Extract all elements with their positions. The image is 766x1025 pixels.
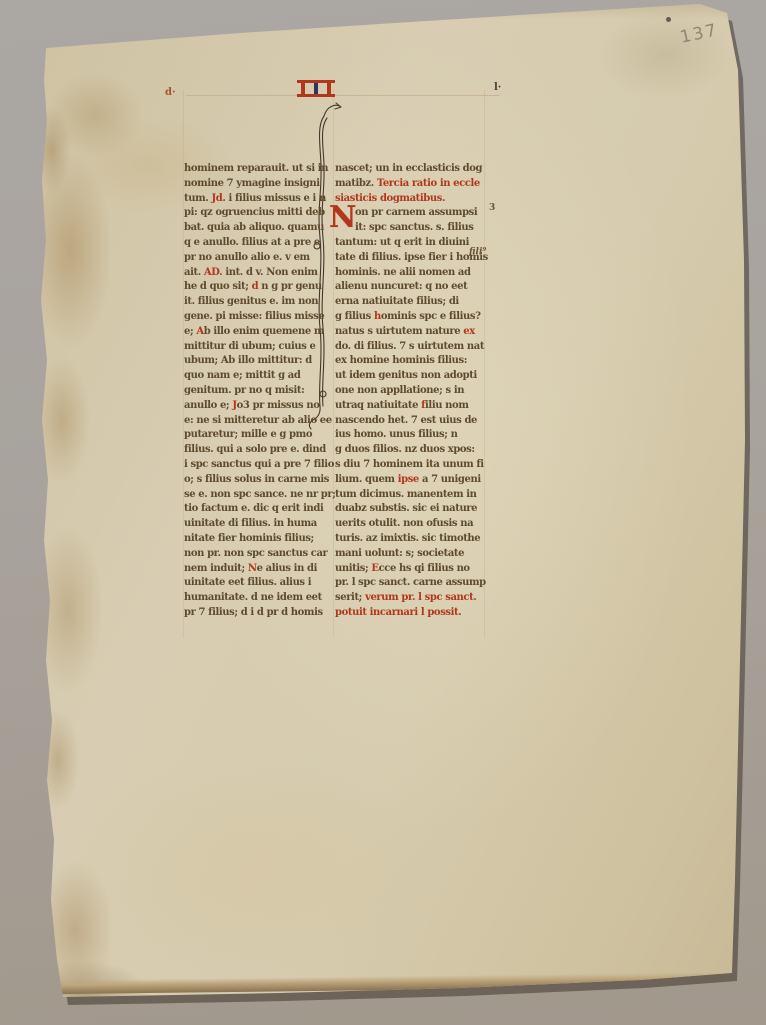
text-line: tum. Jd. i filius missus e i n	[184, 192, 334, 207]
wormhole-speck	[666, 17, 671, 22]
text-line: hominis. ne alii nomen ad	[335, 266, 485, 281]
text-line: genitum. pr no q misit:	[184, 384, 334, 399]
text-line: serit; verum pr. l spc sanct.	[335, 591, 485, 606]
text-line: one non appllatione; s in	[335, 384, 485, 399]
text-line: pr. l spc sanct. carne assump	[335, 576, 485, 591]
text-line: nascendo het. 7 est uius de	[335, 414, 485, 429]
numeral-stroke-blue	[314, 83, 318, 94]
text-line: ius homo. unus filius; n	[335, 428, 485, 443]
text-line: tum dicimus. manentem in	[335, 488, 485, 503]
text-line: nomine 7 ymagine insigni	[184, 177, 334, 192]
text-line: se e. non spc sance. ne nr pr;	[184, 488, 334, 503]
text-line: hominem reparauit. ut si in	[184, 162, 334, 177]
text-line: gene. pi misse: filius misse	[184, 310, 334, 325]
text-line: lium. quem ipse a 7 unigeni	[335, 473, 485, 488]
text-line: e; Ab illo enim quemene m	[184, 325, 334, 340]
text-line: pr 7 filius; d i d pr d homis	[184, 606, 334, 621]
text-line: utraq natiuitate filiu nom	[335, 399, 485, 414]
text-line: g filius hominis spc e filius?	[335, 310, 485, 325]
text-line: humanitate. d ne idem eet	[184, 591, 334, 606]
text-line: mani uolunt: s; societate	[335, 547, 485, 562]
text-line: o; s filius solus in carne mis	[184, 473, 334, 488]
text-line: tate di filius. ipse fier i homis	[335, 251, 485, 266]
text-line: natus s uirtutem nature ex	[335, 325, 485, 340]
text-line: nitate fier hominis filius;	[184, 532, 334, 547]
text-line: putaretur; mille e g pmo	[184, 428, 334, 443]
text-column-left: hominem reparauit. ut si innomine 7 ymag…	[184, 162, 334, 621]
text-line: potuit incarnari l possit.	[335, 606, 485, 621]
text-line: siasticis dogmatibus.	[335, 192, 485, 207]
text-line: he d quo sit; d n g pr genu	[184, 280, 334, 295]
manuscript-leaf: 137 d· l· N hominem reparauit. ut si inn…	[0, 0, 766, 1025]
text-line: ex homine hominis filius:	[335, 354, 485, 369]
text-line: uinitate eet filius. alius i	[184, 576, 334, 591]
text-column-right: nascet; un in ecclasticis dogmatibz. Ter…	[335, 162, 485, 621]
text-line: alienu nuncuret: q no eet	[335, 280, 485, 295]
text-line: tantum: ut q erit in diuini	[335, 236, 485, 251]
text-line: it: spc sanctus. s. filius	[335, 221, 485, 236]
text-line: ubum; Ab illo mittitur: d	[184, 354, 334, 369]
text-line: uerits otulit. non ofusis na	[335, 517, 485, 532]
text-line: e: ne si mitteretur ab alio ee	[184, 414, 334, 429]
text-line: nem induit; Ne alius in di	[184, 562, 334, 577]
text-line: erna natiuitate filius; di	[335, 295, 485, 310]
chapter-numeral	[297, 80, 335, 97]
text-line: g duos filios. nz duos xpos:	[335, 443, 485, 458]
text-line: tio factum e. dic q erit indi	[184, 502, 334, 517]
text-line: ait. AD. int. d v. Non enim	[184, 266, 334, 281]
text-line: anullo e; Jo3 pr missus no	[184, 399, 334, 414]
text-line: ut idem genitus non adopti	[335, 369, 485, 384]
text-line: pr no anullo alio e. v em	[184, 251, 334, 266]
text-line: i spc sanctus qui a pre 7 filio	[184, 458, 334, 473]
text-line: bat. quia ab aliquo. quamu	[184, 221, 334, 236]
text-line: non pr. non spc sanctus car	[184, 547, 334, 562]
text-line: mittitur di ubum; cuius e	[184, 340, 334, 355]
text-line: quo nam e; mittit g ad	[184, 369, 334, 384]
photo-background: 137 d· l· N hominem reparauit. ut si inn…	[0, 0, 766, 1025]
text-line: duabz substis. sic ei nature	[335, 502, 485, 517]
numeral-stroke	[301, 83, 305, 94]
text-line: nascet; un in ecclasticis dog	[335, 162, 485, 177]
text-line: it. filius genitus e. im non	[184, 295, 334, 310]
numeral-stroke	[327, 83, 331, 94]
folio-number: 137	[678, 20, 720, 48]
header-left-mark: d·	[165, 87, 175, 98]
text-line: matibz. Tercia ratio in eccle	[335, 177, 485, 192]
text-line: s diu 7 hominem ita unum fi	[335, 458, 485, 473]
text-line: uinitate di filius. in huma	[184, 517, 334, 532]
margin-note: 3	[489, 203, 495, 213]
header-right-mark: l·	[494, 82, 501, 93]
text-line: filius. qui a solo pre e. dind	[184, 443, 334, 458]
text-line: q e anullo. filius at a pre e	[184, 236, 334, 251]
margin-note: fili⁹	[469, 247, 486, 257]
text-line: on pr carnem assumpsi	[335, 206, 485, 221]
text-line: do. di filius. 7 s uirtutem nat	[335, 340, 485, 355]
text-line: turis. az imixtis. sic timothe	[335, 532, 485, 547]
text-line: pi: qz ogruencius mitti deb	[184, 206, 334, 221]
text-line: unitis; Ecce hs qi filius no	[335, 562, 485, 577]
